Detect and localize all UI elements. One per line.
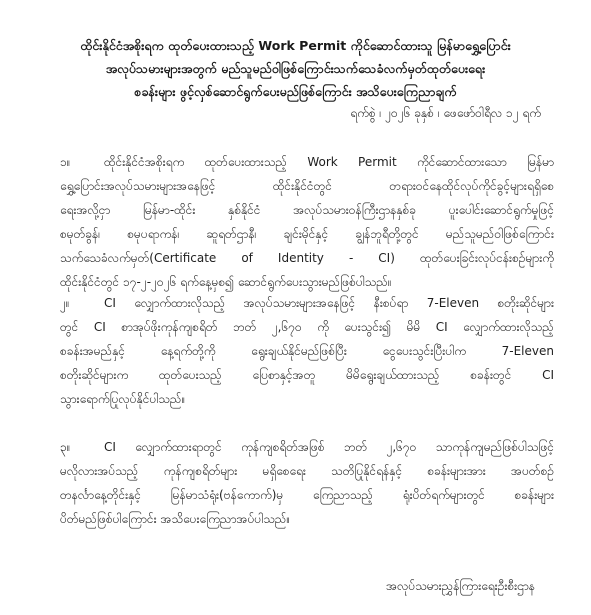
paragraph-line: ပိတ်မည်ဖြစ်ပါကြောင်း အသိပေးကြေညာအပ်ပါသည်… — [60, 507, 554, 531]
paragraph-line: ရွှေ့ပြောင်းအလုပ်သမားများအနေဖြင့် ထိုင်း… — [60, 174, 554, 198]
paragraph-line: သက်သေခံလက်မှတ်(Certificate of Identity -… — [60, 246, 554, 270]
title-line: ထိုင်းနိုင်ငံအစိုးရက ထုတ်ပေးထားသည့် Work… — [40, 34, 551, 57]
paragraph-line: သွားရောက်ပြုလုပ်နိုင်ပါသည်။ — [60, 387, 554, 411]
issuing-department-signature: အလုပ်သမားညွှန်ကြားရေးဦးစီးဌာန — [386, 577, 535, 595]
paragraph-3: ၃။CI လျှောက်ထားရာတွင် ကုန်ကျစရိတ်အဖြစ် ဘ… — [60, 435, 554, 531]
paragraph-line: ၂။CI လျှောက်ထားလိုသည့် အလုပ်သမားများအနေဖ… — [60, 291, 554, 315]
paragraph-line: စခန်းအမည်နှင့် နေ့ရက်တို့ကို ရွေးချယ်နို… — [60, 339, 554, 363]
paragraph-number: ၂။ — [60, 291, 104, 315]
paragraph-line: တနင်္လာနေ့တိုင်းနှင့် မြန်မာသံရုံး(ဗန်ကေ… — [60, 483, 554, 507]
announcement-document: ထိုင်းနိုင်ငံအစိုးရက ထုတ်ပေးထားသည့် Work… — [0, 0, 591, 615]
title-line: အလုပ်သမားများအတွက် မည်သူမည်ဝါဖြစ်ကြောင်း… — [40, 57, 551, 80]
paragraph-line: ရေးအလို့ငှာ မြန်မာ-ထိုင်း နှစ်နိုင်ငံ အလ… — [60, 198, 554, 222]
paragraph-line: ၃။CI လျှောက်ထားရာတွင် ကုန်ကျစရိတ်အဖြစ် ဘ… — [60, 435, 554, 459]
title-line: စခန်းများ ဖွင့်လှစ်ဆောင်ရွက်ပေးမည်ဖြစ်ကြ… — [40, 80, 551, 103]
paragraph-number: ၁။ — [60, 150, 104, 174]
document-title: ထိုင်းနိုင်ငံအစိုးရက ထုတ်ပေးထားသည့် Work… — [40, 34, 551, 103]
document-date: ရက်စွဲ ၊ ၂၀၂၆ ခုနှစ် ၊ ဖေဖော်ဝါရီလ ၁၂ ရက… — [350, 104, 541, 122]
paragraph-line: စမုတ်ခွန်၊ စမုပရာကန်၊ ဆူရတ်ဌာနီ၊ ချင်းမိ… — [60, 222, 554, 246]
paragraph-line: မလိုလားအပ်သည့် ကုန်ကျစရိတ်များ မရှိစေရေး… — [60, 459, 554, 483]
paragraph-1: ၁။ထိုင်းနိုင်ငံအစိုးရက ထုတ်ပေးထားသည့် Wo… — [60, 150, 554, 294]
paragraph-line: ၁။ထိုင်းနိုင်ငံအစိုးရက ထုတ်ပေးထားသည့် Wo… — [60, 150, 554, 174]
paragraph-line: တွင် CI စာအုပ်ဖိုးကုန်ကျစရိတ် ဘတ် ၂,၆၇၀ … — [60, 315, 554, 339]
paragraph-number: ၃။ — [60, 435, 104, 459]
paragraph-2: ၂။CI လျှောက်ထားလိုသည့် အလုပ်သမားများအနေဖ… — [60, 291, 554, 411]
paragraph-line: စတိုးဆိုင်များက ထုတ်ပေးသည့် ပြေစာနှင့်အတ… — [60, 363, 554, 387]
